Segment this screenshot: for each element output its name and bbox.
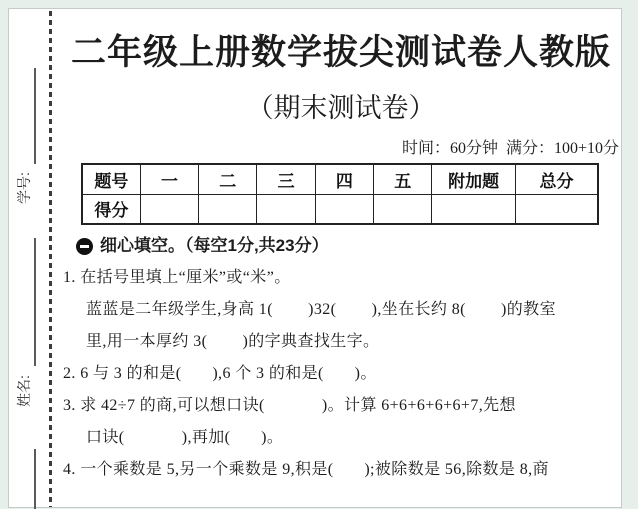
score-cell: [515, 194, 598, 224]
score-table-header-cell: 一: [140, 164, 198, 194]
paper-title: 二年级上册数学拔尖测试卷人教版: [63, 31, 619, 75]
question-3-line-2: 口诀( ),再加( )。: [63, 422, 619, 454]
score-cell: [140, 194, 198, 224]
score-table-header-cell: 附加题: [432, 164, 516, 194]
score-table-header-cell: 四: [315, 164, 373, 194]
score-table-score-row: 得分: [82, 194, 598, 224]
score-row-label: 得分: [82, 194, 140, 224]
section-one-header: 细心填空。（每空1分,共23分）: [63, 236, 619, 256]
question-4-line-1: 4. 一个乘数是 5,另一个乘数是 9,积是( );被除数是 56,除数是 8,…: [63, 454, 619, 484]
score-cell: [374, 194, 432, 224]
score-table-header-cell: 二: [199, 164, 257, 194]
paper-content: 二年级上册数学拔尖测试卷人教版 （期末测试卷） 时间：60分钟 满分：100+1…: [63, 9, 619, 484]
student-id-blank-line: [34, 68, 36, 164]
score-table-header-cell: 五: [374, 164, 432, 194]
score-cell: [432, 194, 516, 224]
score-cell: [257, 194, 315, 224]
question-1-line-1: 1. 在括号里填上“厘米”或“米”。: [63, 262, 619, 294]
test-paper: 学号: 姓名: 二年级上册数学拔尖测试卷人教版 （期末测试卷） 时间：60分钟 …: [8, 8, 622, 484]
score-cell: [315, 194, 373, 224]
score-table: 题号 一 二 三 四 五 附加题 总分 得分: [81, 163, 599, 225]
score-table-header-row: 题号 一 二 三 四 五 附加题 总分: [82, 164, 598, 194]
name-blank-line: [34, 238, 36, 366]
score-table-header-cell: 题号: [82, 164, 140, 194]
score-cell: [199, 194, 257, 224]
student-id-label: 学号:: [14, 156, 34, 220]
question-1-line-3: 里,用一本厚约 3( )的字典查找生字。: [63, 326, 619, 358]
fold-dashed-line: [49, 11, 52, 484]
extra-blank-line: [34, 449, 36, 484]
time-and-score-info: 时间：60分钟 满分：100+10分: [63, 140, 619, 158]
question-2-line-1: 2. 6 与 3 的和是( ),6 个 3 的和是( )。: [63, 358, 619, 390]
section-one-title: 细心填空。（每空1分,共23分）: [100, 236, 329, 256]
paper-subtitle: （期末测试卷）: [63, 92, 619, 124]
score-table-header-cell: 总分: [515, 164, 598, 194]
question-3-line-1: 3. 求 42÷7 的商,可以想口诀( )。计算 6+6+6+6+6+7,先想: [63, 390, 619, 422]
score-table-header-cell: 三: [257, 164, 315, 194]
question-1-line-2: 蓝蓝是二年级学生,身高 1( )32( ),坐在长约 8( )的教室: [63, 294, 619, 326]
name-label: 姓名:: [14, 359, 34, 423]
circle-minus-icon: [76, 238, 93, 255]
